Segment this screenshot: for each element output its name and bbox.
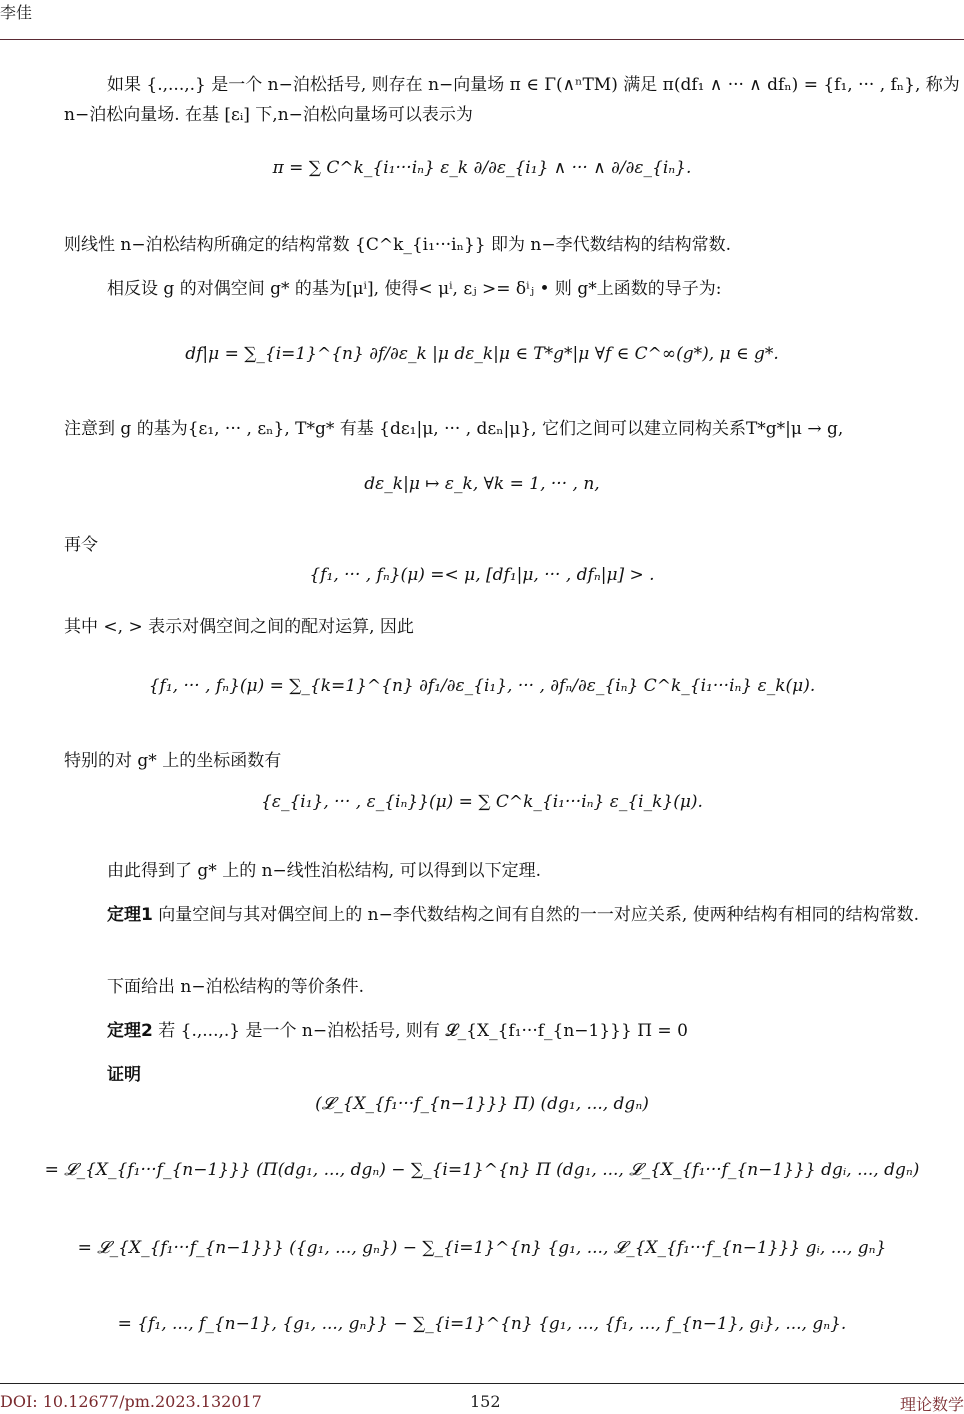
equation-isomorphism-map: dε_k|μ ↦ ε_k, ∀k = 1, ··· , n,: [0, 474, 964, 494]
equation-text: = 𝓛_{X_{f₁···f_{n−1}}} (Π(dg₁, ..., dgₙ)…: [45, 1160, 920, 1180]
paragraph-pairing: 其中 <, > 表示对偶空间之间的配对运算, 因此: [64, 612, 964, 642]
paragraph-dual-basis: 相反设 g 的对偶空间 g* 的基为[μⁱ], 使得< μⁱ, εⱼ >= δⁱ…: [64, 274, 964, 304]
equation-text: π = ∑ C^k_{i₁···iₙ} ε_k ∂/∂ε_{i₁} ∧ ··· …: [273, 158, 692, 178]
paragraph-equivalent-conditions: 下面给出 n−泊松结构的等价条件.: [64, 972, 964, 1002]
theorem-1-label: 定理1: [107, 905, 153, 925]
theorem-2: 定理2 若 {.,...,.} 是一个 n−泊松括号, 则有 𝓛_{X_{f₁·…: [64, 1016, 964, 1046]
equation-bracket-expansion: {f₁, ··· , fₙ}(μ) = ∑_{k=1}^{n} ∂f₁/∂ε_{…: [0, 676, 964, 696]
footer-journal-name: 理论数学: [900, 1392, 964, 1414]
equation-text: {f₁, ··· , fₙ}(μ) = ∑_{k=1}^{n} ∂f₁/∂ε_{…: [149, 676, 816, 696]
equation-df-mu: df|μ = ∑_{i=1}^{n} ∂f/∂ε_k |μ dε_k|μ ∈ T…: [0, 344, 964, 364]
equation-text: {f₁, ··· , fₙ}(μ) =< μ, [df₁|μ, ··· , df…: [309, 565, 654, 585]
footer-page-number: 152: [470, 1392, 501, 1411]
equation-coordinate-bracket: {ε_{i₁}, ··· , ε_{iₙ}}(μ) = ∑ C^k_{i₁···…: [0, 792, 964, 812]
equation-text: dε_k|μ ↦ ε_k, ∀k = 1, ··· , n,: [364, 474, 599, 494]
paragraph-poisson-vector-field: 如果 {.,...,.} 是一个 n−泊松括号, 则存在 n−向量场 π ∈ Γ…: [64, 70, 964, 130]
footer-rule: [0, 1383, 964, 1384]
proof-line-1: (𝓛_{X_{f₁···f_{n−1}}} Π) (dg₁, ..., dgₙ): [0, 1094, 964, 1114]
equation-text: df|μ = ∑_{i=1}^{n} ∂f/∂ε_k |μ dε_k|μ ∈ T…: [185, 344, 779, 364]
theorem-2-label: 定理2: [107, 1021, 153, 1041]
paragraph-structure-constants: 则线性 n−泊松结构所确定的结构常数 {C^k_{i₁···iₙ}} 即为 n−…: [64, 230, 964, 260]
paragraph-linear-poisson: 由此得到了 g* 上的 n−线性泊松结构, 可以得到以下定理.: [64, 856, 964, 886]
theorem-1: 定理1 向量空间与其对偶空间上的 n−李代数结构之间有自然的一一对应关系, 使两…: [64, 900, 964, 930]
equation-text: = {f₁, ..., f_{n−1}, {g₁, ..., gₙ}} − ∑_…: [118, 1314, 847, 1334]
proof-line-3: = 𝓛_{X_{f₁···f_{n−1}}} ({g₁, ..., gₙ}) −…: [0, 1238, 964, 1258]
theorem-1-text: 向量空间与其对偶空间上的 n−李代数结构之间有自然的一一对应关系, 使两种结构有…: [158, 905, 919, 925]
footer-doi-link[interactable]: DOI: 10.12677/pm.2023.132017: [0, 1392, 262, 1411]
proof-label: 证明: [107, 1065, 141, 1085]
theorem-2-text: 若 {.,...,.} 是一个 n−泊松括号, 则有 𝓛_{X_{f₁···f_…: [158, 1021, 688, 1041]
paragraph-let: 再令: [64, 530, 964, 560]
paragraph-coordinate-functions: 特别的对 g* 上的坐标函数有: [64, 746, 964, 776]
equation-bracket-def: {f₁, ··· , fₙ}(μ) =< μ, [df₁|μ, ··· , df…: [0, 565, 964, 585]
proof-line-4: = {f₁, ..., f_{n−1}, {g₁, ..., gₙ}} − ∑_…: [0, 1314, 964, 1334]
equation-text: {ε_{i₁}, ··· , ε_{iₙ}}(μ) = ∑ C^k_{i₁···…: [261, 792, 703, 812]
running-header-author: 李佳: [0, 0, 32, 23]
equation-pi-expansion: π = ∑ C^k_{i₁···iₙ} ε_k ∂/∂ε_{i₁} ∧ ··· …: [0, 158, 964, 178]
equation-text: (𝓛_{X_{f₁···f_{n−1}}} Π) (dg₁, ..., dgₙ): [315, 1094, 649, 1114]
header-rule: [0, 39, 964, 40]
equation-text: = 𝓛_{X_{f₁···f_{n−1}}} ({g₁, ..., gₙ}) −…: [78, 1238, 887, 1258]
proof-line-2: = 𝓛_{X_{f₁···f_{n−1}}} (Π(dg₁, ..., dgₙ)…: [0, 1160, 964, 1180]
proof-heading: 证明: [64, 1060, 964, 1090]
paragraph-isomorphism: 注意到 g 的基为{ε₁, ··· , εₙ}, T*g* 有基 {dε₁|μ,…: [64, 414, 964, 444]
